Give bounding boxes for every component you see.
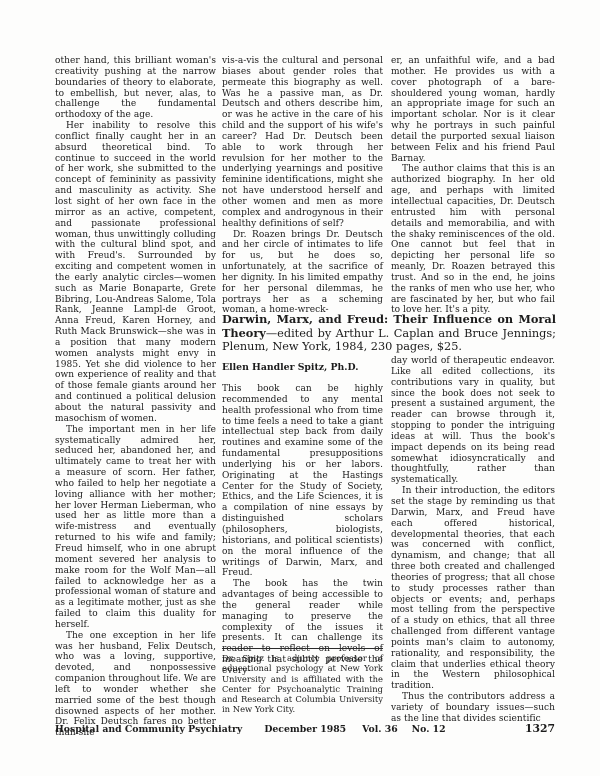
page-footer: Hospital and Community Psychiatry Decemb… <box>55 722 555 735</box>
book-publication-info: —edited by Arthur L. Caplan and Bruce Je… <box>222 327 556 354</box>
paragraph: Dr. Roazen brings Dr. Deutsch and her ci… <box>222 230 383 317</box>
issue-number: No. 12 <box>412 724 446 735</box>
paragraph: The author claims that this is an author… <box>391 164 555 316</box>
paragraph: vis-a-vis the cultural and personal bias… <box>222 56 383 230</box>
paragraph: day world of therapeutic endeavor. Like … <box>391 356 555 486</box>
review2-column-2: This book can be highly recommended to a… <box>222 384 383 677</box>
paragraph: Thus the contributors address a variety … <box>391 692 555 725</box>
paragraph: This book can be highly recommended to a… <box>222 384 383 579</box>
review1-column-2: vis-a-vis the cultural and personal bias… <box>222 56 383 316</box>
review1-column-3: er, an unfaithful wife, and a bad mother… <box>391 56 555 316</box>
paragraph: The important men in her life systematic… <box>55 425 216 631</box>
paragraph: Her inability to resolve this conflict f… <box>55 121 216 425</box>
book-review-heading: Darwin, Marx, and Freud: Their Influence… <box>222 313 556 354</box>
paragraph: er, an unfaithful wife, and a bad mother… <box>391 56 555 164</box>
journal-page: other hand, this brilliant woman's creat… <box>0 0 600 776</box>
reviewer-byline: Ellen Handler Spitz, Ph.D. <box>222 362 383 373</box>
review1-column-1: other hand, this brilliant woman's creat… <box>55 56 216 739</box>
paragraph: other hand, this brilliant woman's creat… <box>55 56 216 121</box>
page-number: 1327 <box>525 722 555 735</box>
review2-column-3: day world of therapeutic endeavor. Like … <box>391 356 555 725</box>
reviewer-affiliation-note: Dr. Spitz is adjunct professor of educat… <box>222 648 383 715</box>
journal-name: Hospital and Community Psychiatry <box>55 724 242 735</box>
volume-label: Vol. 36 <box>362 724 398 735</box>
paragraph: In their introduction, the editors set t… <box>391 486 555 692</box>
issue-date: December 1985 <box>264 724 346 735</box>
